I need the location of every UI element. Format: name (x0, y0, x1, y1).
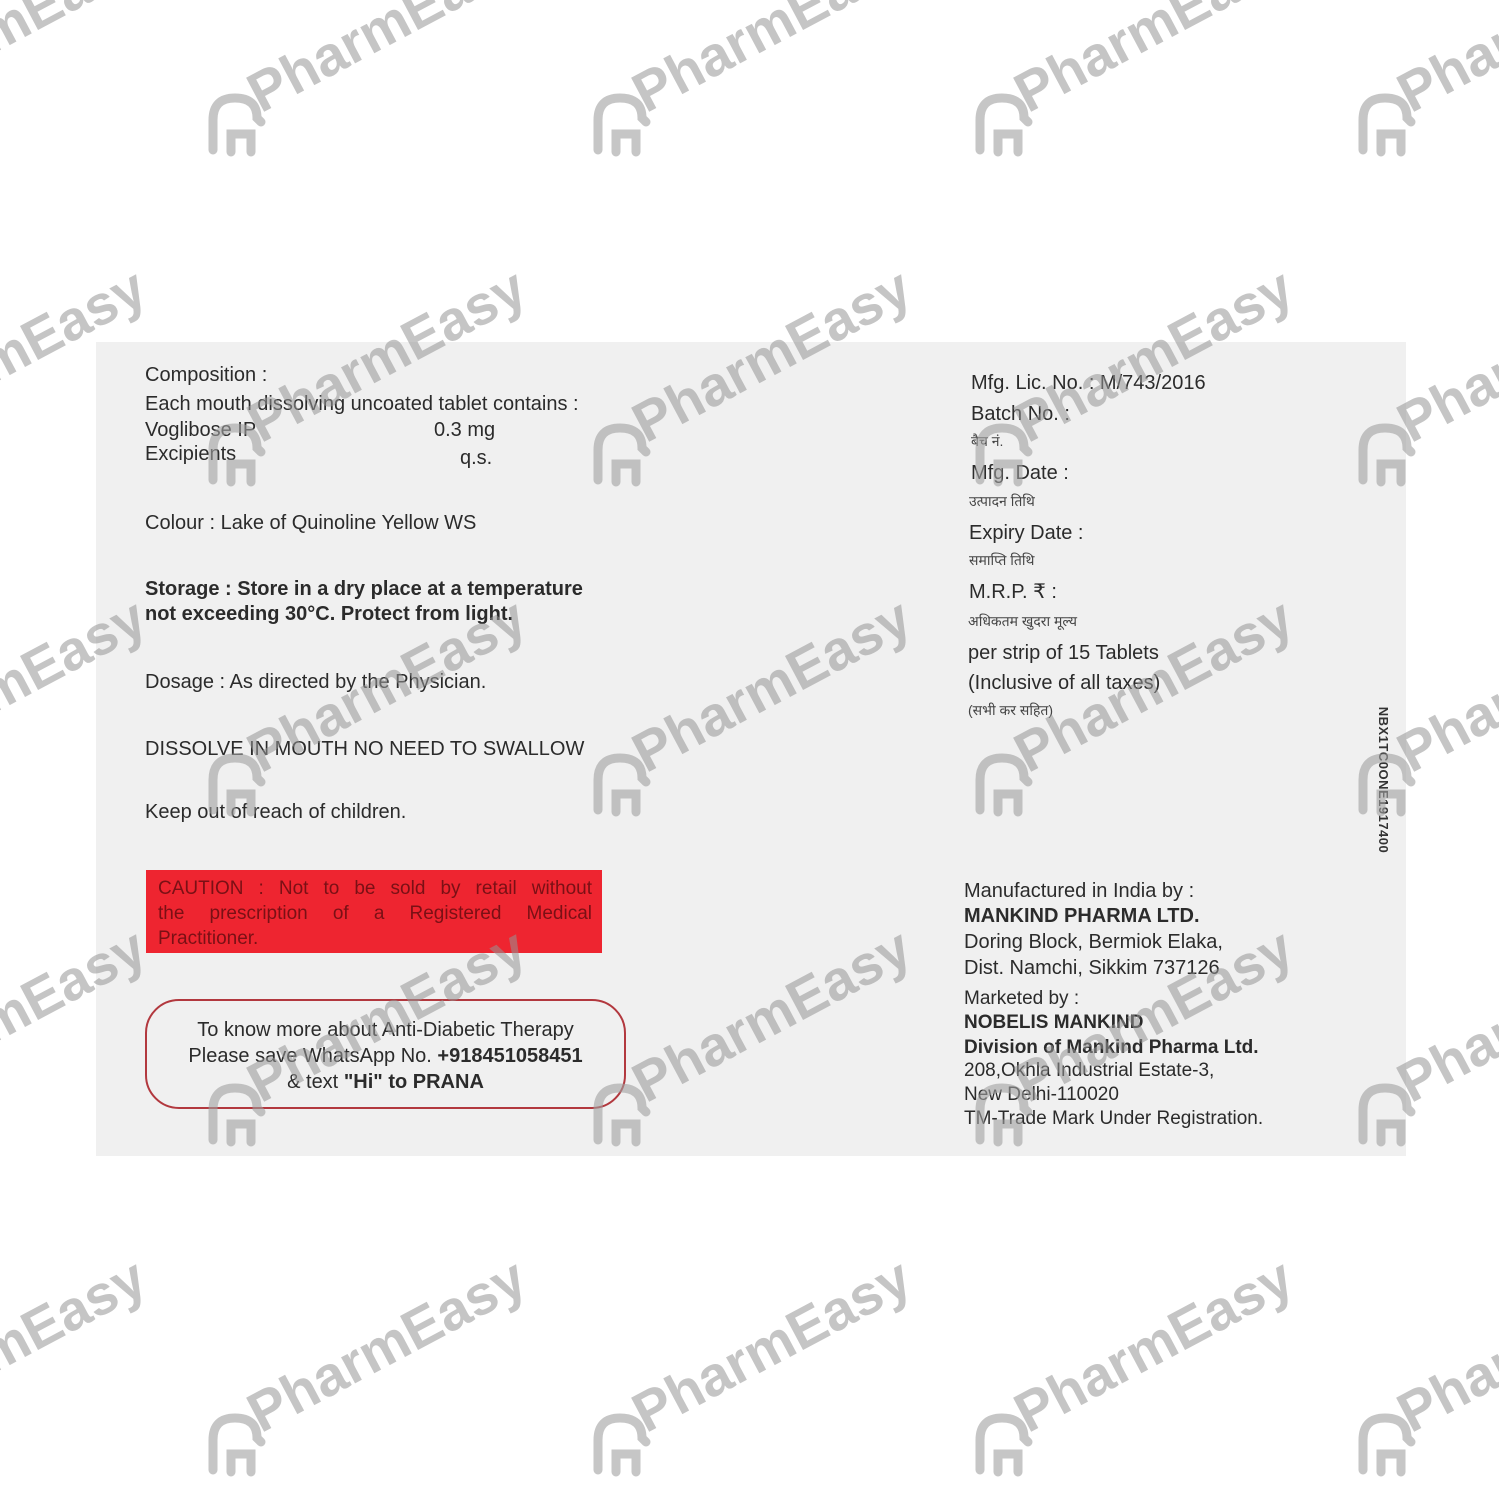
watermark-text: PharmEasy (1386, 1244, 1499, 1445)
mfg-date-hindi: उत्पादन तिथि (969, 492, 1035, 510)
manufacturer-name: MANKIND PHARMA LTD. (964, 903, 1200, 929)
whatsapp-line-2: Please save WhatsApp No. +918451058451 (147, 1043, 624, 1069)
watermark-text: PharmEasy (236, 0, 536, 125)
watermark-text: PharmEasy (1003, 1244, 1303, 1445)
composition-description: Each mouth dissolving uncoated tablet co… (145, 391, 579, 417)
caution-line-3: Practitioner. (158, 926, 592, 951)
watermark-text: PharmEasy (236, 1244, 536, 1445)
ingredient-name: Excipients (145, 441, 236, 467)
watermark-text: PharmEasy (621, 0, 921, 125)
batch-no-hindi: बैच नं. (971, 432, 1003, 450)
watermark-text: PharmEasy (621, 1244, 921, 1445)
storage-line-1: Storage : Store in a dry place at a temp… (145, 576, 583, 602)
children-warning: Keep out of reach of children. (145, 799, 406, 825)
caution-line-1: CAUTION : Not to be sold by retail witho… (158, 876, 592, 901)
marketer-label: Marketed by : (964, 986, 1079, 1012)
expiry-date-hindi: समाप्ति तिथि (969, 551, 1034, 569)
manufacturer-label: Manufactured in India by : (964, 878, 1194, 904)
whatsapp-prompt: Please save WhatsApp No. (188, 1045, 437, 1067)
vertical-batch-code: NBX1TC0ONE1917400 (1371, 695, 1391, 865)
whatsapp-line-1: To know more about Anti-Diabetic Therapy (147, 1017, 624, 1043)
ingredient-amount: q.s. (460, 445, 492, 471)
ingredient-name: Voglibose IP (145, 417, 256, 443)
mfg-date-label: Mfg. Date : (971, 460, 1069, 486)
marketer-address-1: 208,Okhla Industrial Estate-3, (964, 1058, 1214, 1084)
whatsapp-info-box: To know more about Anti-Diabetic Therapy… (145, 999, 626, 1109)
storage-line-2: not exceeding 30°C. Protect from light. (145, 601, 513, 627)
manufacturer-address-1: Doring Block, Bermiok Elaka, (964, 929, 1223, 955)
dosage-info: Dosage : As directed by the Physician. (145, 669, 486, 695)
batch-no-label: Batch No. : (971, 401, 1070, 427)
manufacturer-address-2: Dist. Namchi, Sikkim 737126 (964, 955, 1220, 981)
whatsapp-line-3: & text "Hi" to PRANA (147, 1069, 624, 1095)
watermark-text: PharmEasy (1386, 0, 1499, 125)
expiry-date-label: Expiry Date : (969, 520, 1083, 546)
watermark-text: PharmEasy (0, 1244, 156, 1445)
marketer-address-2: New Delhi-110020 (964, 1082, 1119, 1108)
per-strip-info: per strip of 15 Tablets (968, 640, 1159, 666)
whatsapp-phone: +918451058451 (437, 1045, 582, 1067)
whatsapp-keyword: "Hi" to PRANA (344, 1071, 484, 1093)
whatsapp-text-prompt: & text (287, 1071, 344, 1093)
caution-box: CAUTION : Not to be sold by retail witho… (146, 870, 602, 953)
dissolve-note: DISSOLVE IN MOUTH NO NEED TO SWALLOW (145, 736, 584, 762)
ingredient-amount: 0.3 mg (434, 417, 495, 443)
inclusive-taxes: (Inclusive of all taxes) (968, 670, 1160, 696)
caution-line-2: the prescription of a Registered Medical (158, 901, 592, 926)
inclusive-taxes-hindi: (सभी कर सहित) (968, 701, 1053, 719)
mrp-hindi: अधिकतम खुदरा मूल्य (968, 612, 1077, 630)
marketer-name: NOBELIS MANKIND (964, 1010, 1143, 1036)
mfg-license: Mfg. Lic. No. : M/743/2016 (971, 370, 1206, 396)
watermark-text: PharmEasy (1003, 0, 1303, 125)
trademark-note: TM-Trade Mark Under Registration. (964, 1106, 1263, 1132)
composition-heading: Composition : (145, 362, 267, 388)
colour-info: Colour : Lake of Quinoline Yellow WS (145, 510, 476, 536)
watermark-text: PharmEasy (0, 0, 156, 125)
mrp-label: M.R.P. ₹ : (969, 579, 1057, 605)
